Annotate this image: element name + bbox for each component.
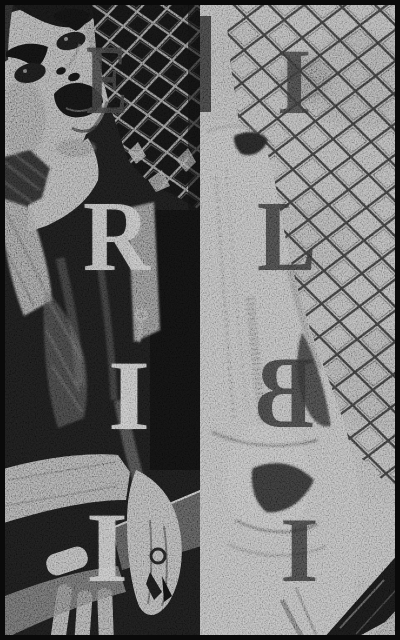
overlay-letter: L <box>257 186 316 287</box>
overlay-letter: R <box>83 186 150 287</box>
poster: E I R L I B I I <box>0 0 400 640</box>
overlay-letter: E <box>86 30 127 130</box>
overlay-letter: I <box>108 346 150 446</box>
fence-post <box>200 16 211 112</box>
overlay-letter: I <box>86 498 128 598</box>
overlay-letter: I <box>280 504 319 596</box>
overlay-letter-mirrored: B <box>256 342 314 445</box>
overlay-letter: I <box>277 36 311 129</box>
collage-scene <box>0 0 400 640</box>
